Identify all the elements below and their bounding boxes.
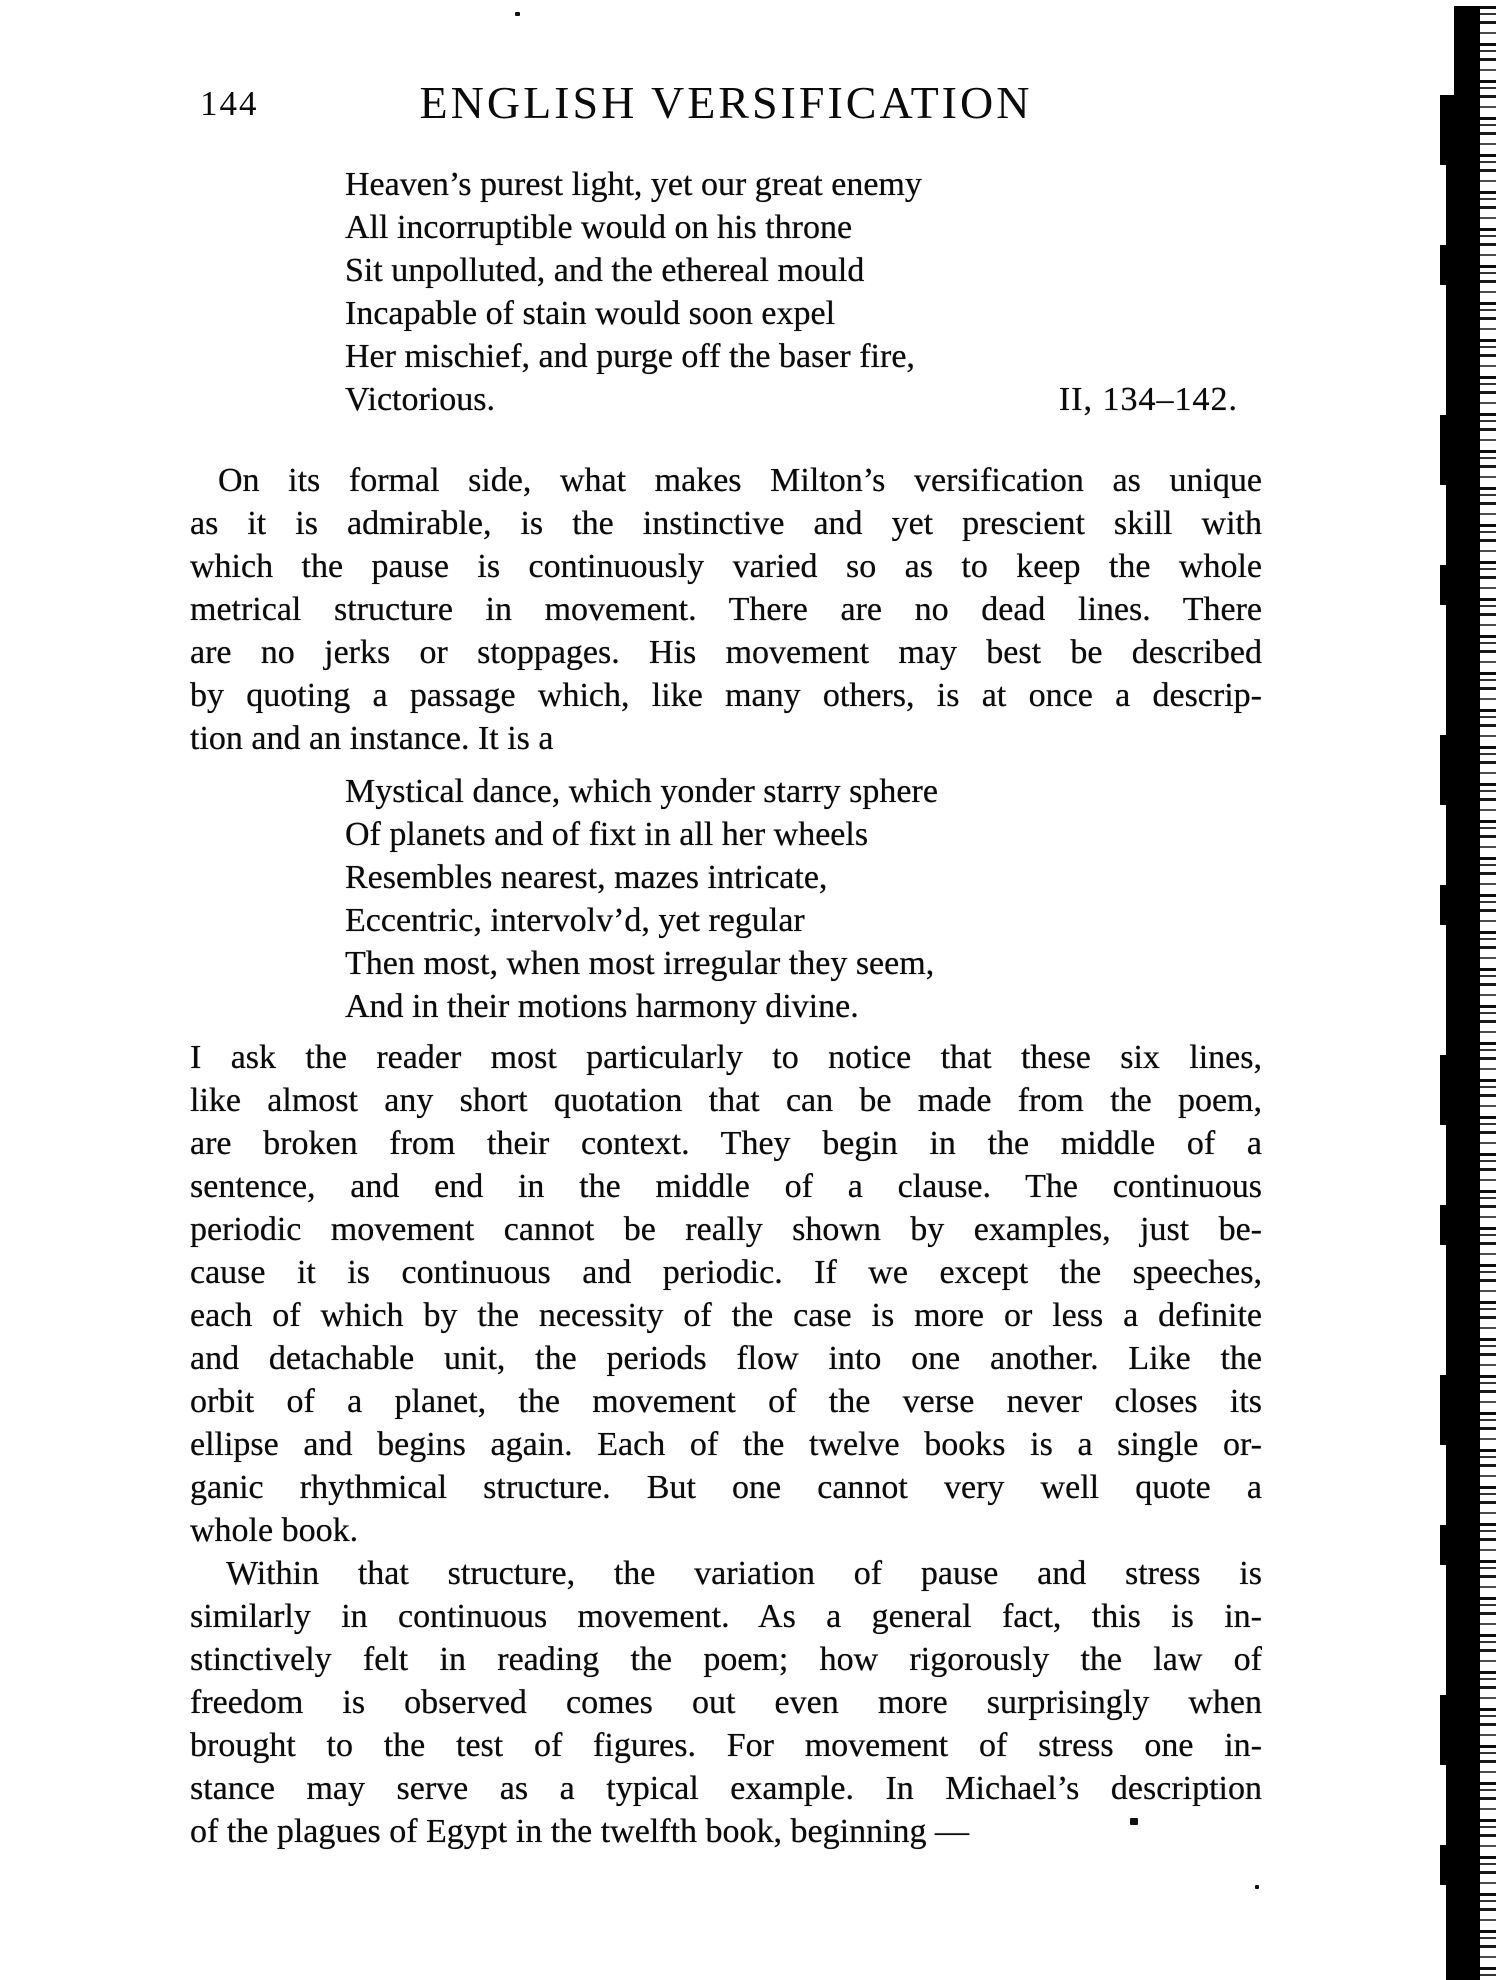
text-line: metrical structure in movement. There ar…: [190, 588, 1262, 631]
text-line: like almost any short quotation that can…: [190, 1079, 1262, 1122]
text-line: of the plagues of Egypt in the twelfth b…: [190, 1810, 1262, 1853]
scan-artifact-band-speckle: [1479, 6, 1496, 1980]
verse-line: Her mischief, and purge off the baser fi…: [345, 335, 1262, 378]
ink-speck: [1255, 1885, 1259, 1889]
scan-artifact-band: [1446, 95, 1456, 1980]
scan-artifact-band-wobble: [1440, 95, 1447, 1980]
text-line: tion and an instance. It is a: [190, 717, 1262, 760]
text-line: freedom is observed comes out even more …: [190, 1681, 1262, 1724]
text-line: Within that structure, the variation of …: [190, 1552, 1262, 1595]
text-column: Heaven’s purest light, yet our great ene…: [190, 163, 1262, 1853]
text-line: are broken from their context. They begi…: [190, 1122, 1262, 1165]
text-line: whole book.: [190, 1509, 1262, 1552]
text-line: sentence, and end in the middle of a cla…: [190, 1165, 1262, 1208]
text-line: by quoting a passage which, like many ot…: [190, 674, 1262, 717]
verse-line: Of planets and of fixt in all her wheels: [345, 813, 1262, 856]
text-line: similarly in continuous movement. As a g…: [190, 1595, 1262, 1638]
scan-artifact-band: [1454, 6, 1480, 1980]
text-line: and detachable unit, the periods flow in…: [190, 1337, 1262, 1380]
verse-line: Heaven’s purest light, yet our great ene…: [345, 163, 1262, 206]
text-line: brought to the test of figures. For move…: [190, 1724, 1262, 1767]
running-header: ENGLISH VERSIFICATION: [190, 76, 1262, 129]
text-line: stinctively felt in reading the poem; ho…: [190, 1638, 1262, 1681]
paragraph-3: Within that structure, the variation of …: [190, 1552, 1262, 1853]
verse-line: All incorruptible would on his throne: [345, 206, 1262, 249]
text-line: ellipse and begins again. Each of the tw…: [190, 1423, 1262, 1466]
verse-line: And in their motions harmony divine.: [345, 985, 1262, 1028]
verse-line: Sit unpolluted, and the ethereal mould: [345, 249, 1262, 292]
verse-line: Mystical dance, which yonder starry sphe…: [345, 770, 1262, 813]
verse-line: Eccentric, intervolv’d, yet regular: [345, 899, 1262, 942]
paragraph-1: On its formal side, what makes Milton’s …: [190, 459, 1262, 760]
paragraph-2: I ask the reader most particularly to no…: [190, 1036, 1262, 1552]
text-line: are no jerks or stoppages. His movement …: [190, 631, 1262, 674]
ink-speck: [515, 12, 520, 16]
text-line: which the pause is continuously varied s…: [190, 545, 1262, 588]
text-line: stance may serve as a typical example. I…: [190, 1767, 1262, 1810]
verse-line: Incapable of stain would soon expel: [345, 292, 1262, 335]
verse-quote-1: Heaven’s purest light, yet our great ene…: [345, 163, 1262, 421]
text-line: periodic movement cannot be really shown…: [190, 1208, 1262, 1251]
text-line: cause it is continuous and periodic. If …: [190, 1251, 1262, 1294]
text-line: each of which by the necessity of the ca…: [190, 1294, 1262, 1337]
verse-final-line: Victorious. II, 134–142.: [190, 378, 1262, 421]
text-line: orbit of a planet, the movement of the v…: [190, 1380, 1262, 1423]
verse-line: Victorious.: [345, 378, 495, 421]
ink-speck: [1130, 1818, 1138, 1825]
book-page-scan: 144 ENGLISH VERSIFICATION Heaven’s pures…: [0, 0, 1505, 1980]
text-line: as it is admirable, is the instinctive a…: [190, 502, 1262, 545]
verse-quote-2: Mystical dance, which yonder starry sphe…: [345, 770, 1262, 1028]
verse-line: Then most, when most irregular they seem…: [345, 942, 1262, 985]
text-line: On its formal side, what makes Milton’s …: [190, 459, 1262, 502]
text-line: ganic rhythmical structure. But one cann…: [190, 1466, 1262, 1509]
verse-citation: II, 134–142.: [1059, 378, 1262, 421]
verse-line: Resembles nearest, mazes intricate,: [345, 856, 1262, 899]
text-line: I ask the reader most particularly to no…: [190, 1036, 1262, 1079]
